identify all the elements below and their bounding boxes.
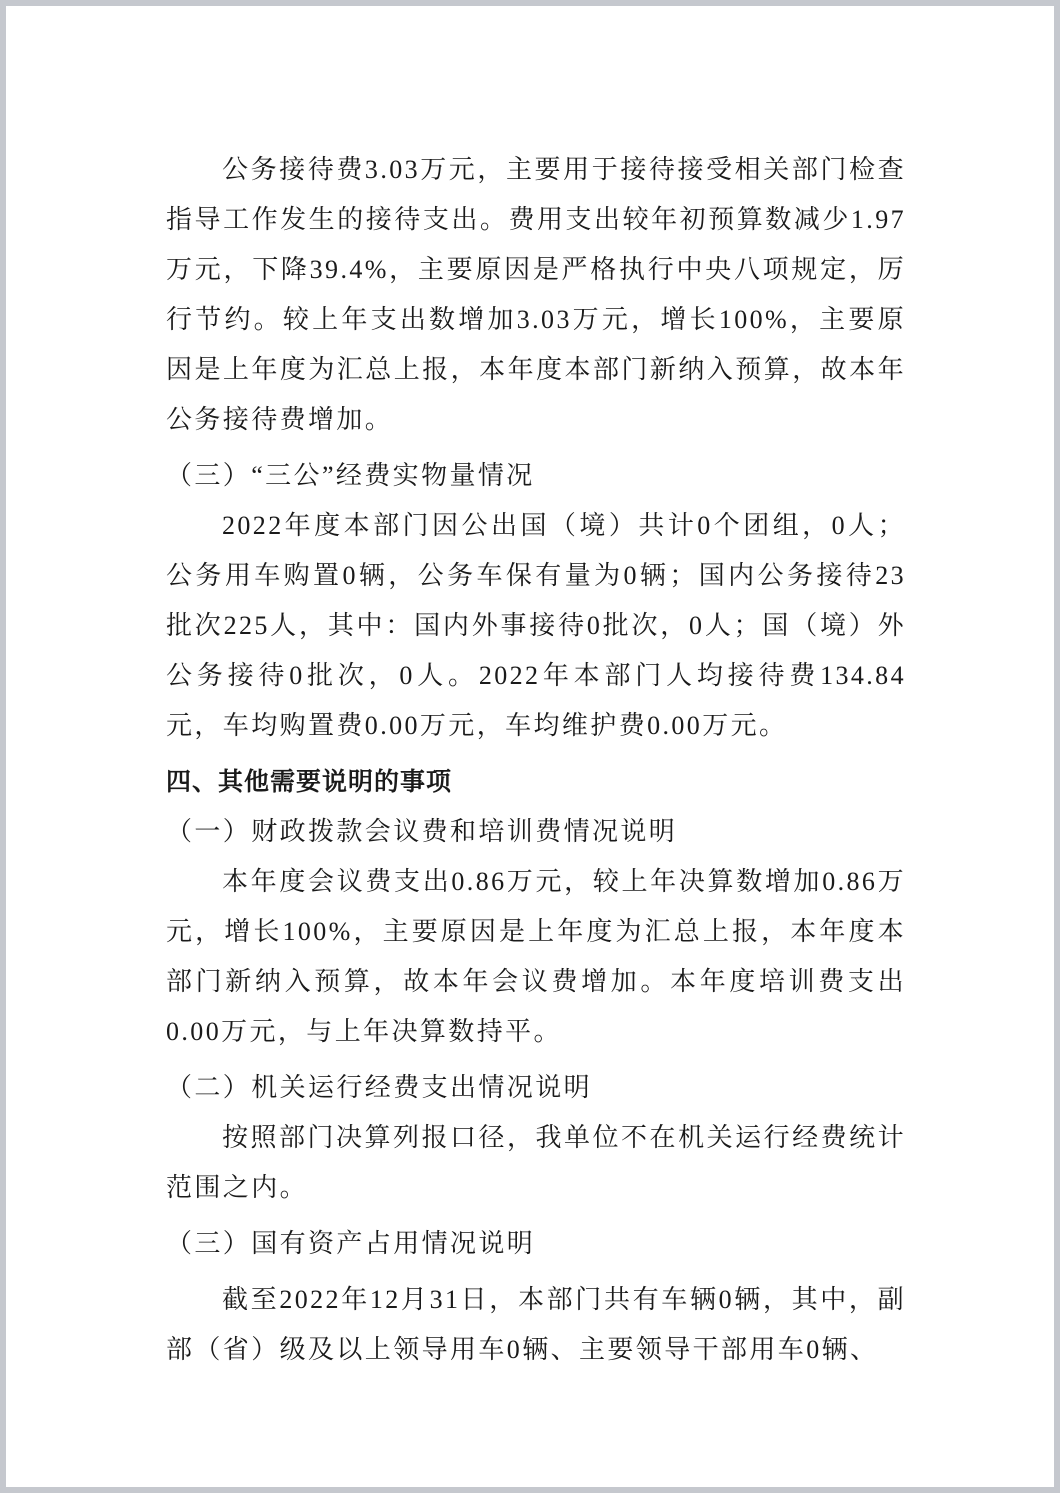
- paragraph-state-assets: 截至2022年12月31日，本部门共有车辆0辆，其中，副部（省）级及以上领导用车…: [166, 1275, 906, 1375]
- heading-three-public-quantities: （三）“三公”经费实物量情况: [166, 451, 906, 501]
- paragraph-meeting-training: 本年度会议费支出0.86万元，较上年决算数增加0.86万元，增长100%，主要原…: [166, 857, 906, 1057]
- heading-state-assets: （三）国有资产占用情况说明: [166, 1219, 906, 1269]
- heading-operating-expenses: （二）机关运行经费支出情况说明: [166, 1063, 906, 1113]
- paragraph-three-public-quantities: 2022年度本部门因公出国（境）共计0个团组，0人；公务用车购置0辆，公务车保有…: [166, 501, 906, 751]
- heading-meeting-training: （一）财政拨款会议费和培训费情况说明: [166, 807, 906, 857]
- heading-other-matters: 四、其他需要说明的事项: [166, 757, 906, 807]
- document-body: 公务接待费3.03万元，主要用于接待接受相关部门检查指导工作发生的接待支出。费用…: [166, 145, 906, 1375]
- document-page: 公务接待费3.03万元，主要用于接待接受相关部门检查指导工作发生的接待支出。费用…: [6, 6, 1054, 1487]
- paragraph-operating-expenses: 按照部门决算列报口径，我单位不在机关运行经费统计范围之内。: [166, 1113, 906, 1213]
- paragraph-reception-expense: 公务接待费3.03万元，主要用于接待接受相关部门检查指导工作发生的接待支出。费用…: [166, 145, 906, 445]
